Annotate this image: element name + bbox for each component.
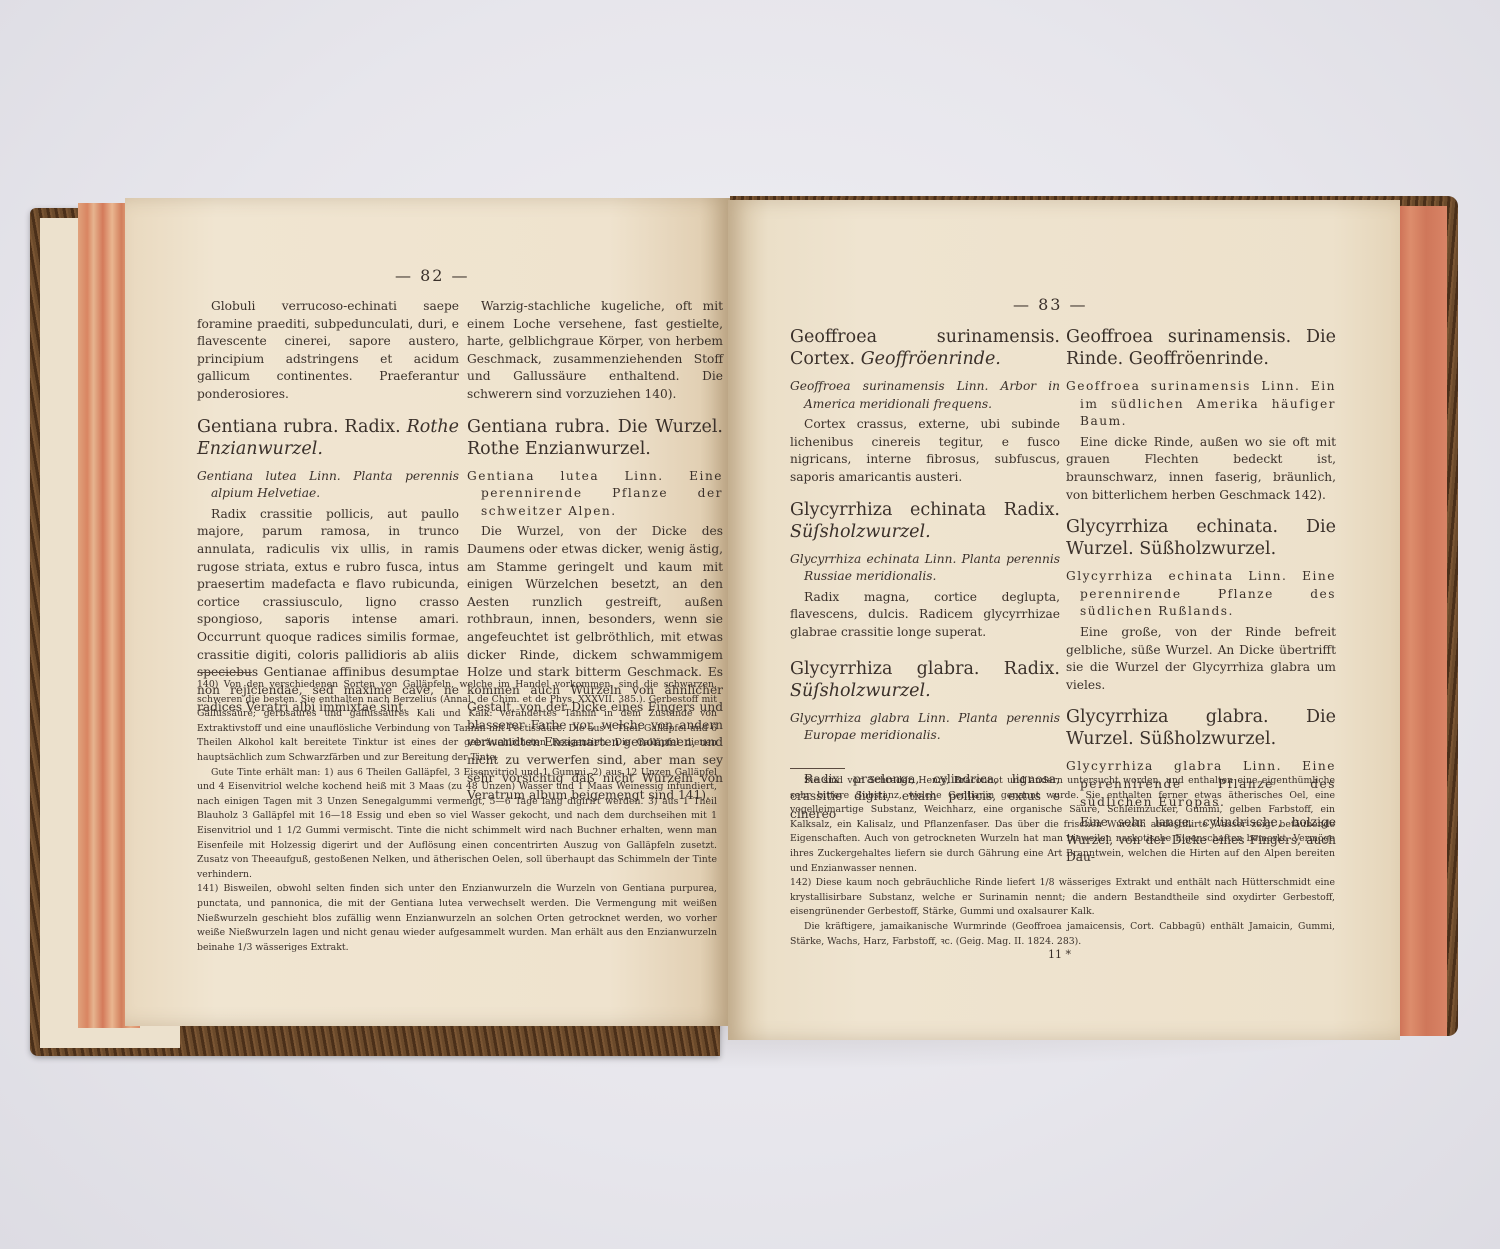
signature-mark: 11 * [1048, 948, 1071, 961]
right-page: — 83 — Geoffroea surinamensis. Cortex. G… [728, 200, 1400, 1040]
entry-synonym: Glycyrrhiza echinata Linn. Eine perennir… [1066, 568, 1336, 621]
entry-heading: Glycyrrhiza echinata. Die Wurzel. Süßhol… [1066, 516, 1336, 560]
left-page: — 82 — Globuli verrucoso-echinati saepe … [125, 198, 730, 1026]
entry-heading: Glycyrrhiza glabra. Radix. Süſsholzwurze… [790, 658, 1060, 702]
heading-italic: Geoffröenrinde. [861, 349, 1001, 369]
entry-glycyrrhiza-echinata-latin: Glycyrrhiza echinata Radix. Süſsholzwurz… [790, 499, 1060, 642]
entry-body: Eine dicke Rinde, außen wo sie oft mit g… [1066, 434, 1336, 504]
heading-italic: Süſsholzwurzel. [790, 681, 931, 701]
footnote-141: 141) Bisweilen, obwohl selten finden sic… [197, 882, 717, 955]
heading-italic: Süſsholzwurzel. [790, 522, 931, 542]
entry-synonym: Glycyrrhiza glabra Linn. Planta perennis… [790, 710, 1060, 745]
page-edges-right [1395, 206, 1447, 1036]
footnote-140-ink: Gute Tinte erhält man: 1) aus 6 Theilen … [197, 766, 717, 883]
entry-glycyrrhiza-echinata-german: Glycyrrhiza echinata. Die Wurzel. Süßhol… [1066, 516, 1336, 694]
latin-column: Geoffroea surinamensis. Cortex. Geoffröe… [790, 322, 1060, 824]
page-number: — 83 — [1013, 295, 1088, 314]
entry-heading: Glycyrrhiza echinata Radix. Süſsholzwurz… [790, 499, 1060, 543]
latin-intro: Globuli verrucoso-echinati saepe foramin… [197, 298, 459, 404]
entry-synonym: Geoffroea surinamensis Linn. Arbor in Am… [790, 378, 1060, 413]
footnote-140: 140) Von den verschiedenen Sorten von Ga… [197, 678, 717, 766]
footnote-rule [197, 672, 252, 673]
entry-body: Eine große, von der Rinde befreit gelbli… [1066, 624, 1336, 694]
latin-column: Globuli verrucoso-echinati saepe foramin… [197, 298, 459, 717]
heading-main: Gentiana rubra. Radix. [197, 417, 401, 437]
entry-synonym: Glycyrrhiza echinata Linn. Planta perenn… [790, 551, 1060, 586]
entry-geoffroea-latin: Geoffroea surinamensis. Cortex. Geoffröe… [790, 326, 1060, 487]
footnote-142-jamaica: Die kräftigere, jamaikanische Wurmrinde … [790, 920, 1335, 949]
entry-synonym: Geoffroea surinamensis Linn. Ein im südl… [1066, 378, 1336, 431]
latin-heading: Gentiana rubra. Radix. Rothe Enzianwurze… [197, 416, 459, 460]
entry-body: Cortex crassus, externe, ubi subinde lic… [790, 416, 1060, 486]
footnote-rule [790, 768, 845, 769]
entry-body: Radix magna, cortice deglupta, flavescen… [790, 589, 1060, 642]
heading-main: Glycyrrhiza echinata Radix. [790, 500, 1060, 520]
german-heading: Gentiana rubra. Die Wurzel. Rothe Enzian… [467, 416, 723, 460]
footnote-142: 142) Diese kaum noch gebräuchliche Rinde… [790, 876, 1335, 920]
footnotes: 140) Von den verschiedenen Sorten von Ga… [197, 678, 717, 955]
entry-heading: Glycyrrhiza glabra. Die Wurzel. Süßholzw… [1066, 706, 1336, 750]
latin-synonym: Gentiana lutea Linn. Planta perennis alp… [197, 468, 459, 503]
entry-geoffroea-german: Geoffroea surinamensis. Die Rinde. Geoff… [1066, 326, 1336, 504]
page-number: — 82 — [395, 266, 470, 285]
footnotes: Sie sind von Schrader, Henry, Braconnot … [790, 774, 1335, 949]
entry-heading: Geoffroea surinamensis. Die Rinde. Geoff… [1066, 326, 1336, 370]
german-intro: Warzig-stachliche kugeliche, oft mit ein… [467, 298, 723, 404]
entry-heading: Geoffroea surinamensis. Cortex. Geoffröe… [790, 326, 1060, 370]
heading-main: Glycyrrhiza glabra. Radix. [790, 659, 1060, 679]
german-synonym: Gentiana lutea Linn. Eine perennirende P… [467, 468, 723, 521]
footnote-141-cont: Sie sind von Schrader, Henry, Braconnot … [790, 774, 1335, 876]
